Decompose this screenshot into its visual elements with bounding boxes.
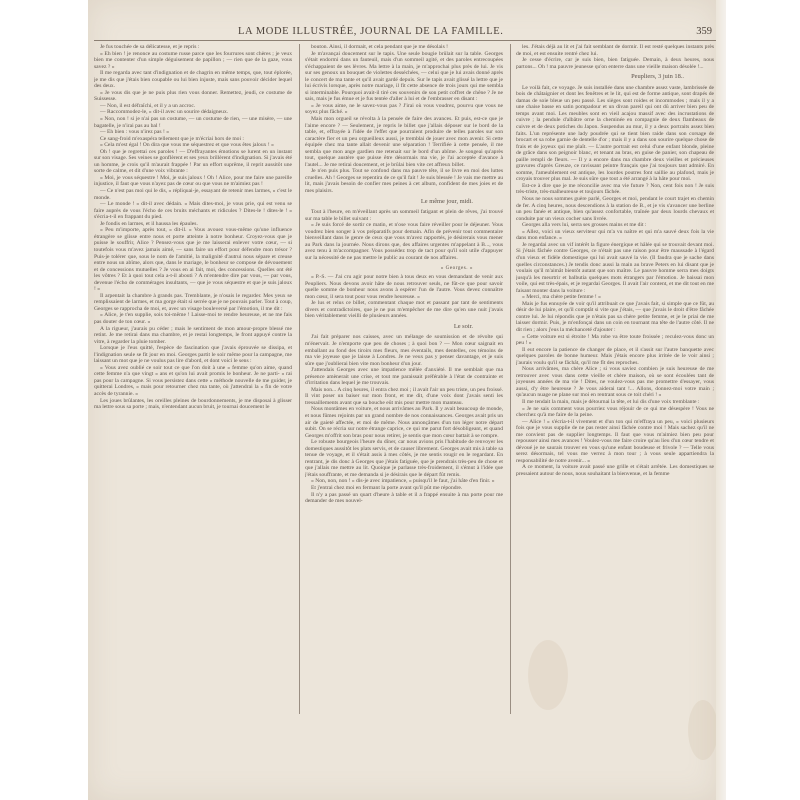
paragraph: Nous montâmes en voiture, et nous arrivâ… [305, 406, 503, 439]
paragraph: « Moi, je vous séquestre ! Moi, je suis … [94, 175, 292, 188]
paragraph: J'attendais Georges avec une impatience … [305, 367, 503, 387]
paragraph: Il me tendait la main, mais je détournai… [516, 399, 714, 406]
paragraph: Mais non... A cinq heures, il entra chez… [305, 387, 503, 407]
paragraph: Les joues brûlantes, les oreilles pleine… [94, 398, 292, 411]
paragraph: J'ai fait préparer nos caisses, avec un … [305, 334, 503, 367]
header-rule [94, 40, 716, 41]
page-number: 359 [696, 26, 712, 37]
paragraph: Il arpentait la chambre à grands pas. Tr… [94, 293, 292, 313]
paragraph: Je lus et relus ce billet, commentant ch… [305, 300, 503, 320]
column-divider [299, 44, 300, 714]
paragraph: Le robuste bourgeois l'heure du dîner, c… [305, 439, 503, 478]
paragraph: « Peu m'importe, après tout, » dit-il. «… [94, 227, 292, 292]
page-bottom-margin [88, 730, 718, 800]
column-3: les. J'étais déjà au lit et j'ai fait se… [516, 44, 714, 724]
paragraph: les. J'étais déjà au lit et j'ai fait se… [516, 44, 714, 57]
column-divider [510, 44, 511, 714]
paragraph: Il eut encore la patience de changer de … [516, 347, 714, 367]
paragraph: « Eh bien ! je renonce au costume russe … [94, 51, 292, 71]
running-title: LA MODE ILLUSTRÉE, JOURNAL DE LA FAMILLE… [238, 26, 504, 37]
paragraph: « Allez, voici un vieux serviteur qui m'… [516, 229, 714, 242]
paragraph: « P.-S. — J'ai cru agir pour notre bien … [305, 274, 503, 300]
paragraph: Je regardai avec un vif intérêt la figur… [516, 242, 714, 294]
column-2: bouton. Ainsi, il dormait, et cela penda… [305, 44, 503, 724]
paragraph: Je cesse d'écrire, car je suis bien, bie… [516, 57, 714, 70]
paragraph: Il me regarda avec tant d'indignation et… [94, 70, 292, 90]
dateline: Le soir. [305, 324, 503, 331]
column-1: Je fus touchée de sa délicatesse, et je … [94, 44, 292, 724]
paragraph: « Alice, je t'en supplie, sois toi-même … [94, 312, 292, 325]
dateline: Le même jour, midi. [305, 199, 503, 206]
paragraph: « Je ne sais comment vous pourriez vous … [516, 406, 714, 419]
paragraph: — Ce n'est pas moi qui le dis, » répliqu… [94, 188, 292, 201]
paragraph: Nous ne nous sommes guère parlé, Georges… [516, 196, 714, 222]
paragraph: « Je vous aime, ne le savez-vous pas ? J… [305, 103, 503, 116]
paragraph: Oh ! que je regrettai ces paroles ! — D'… [94, 149, 292, 175]
paragraph: « Non, non ! si je n'ai pas un costume, … [94, 116, 292, 129]
paragraph: — Le monde ! » dit-il avec dédain. « Mai… [94, 201, 292, 221]
paragraph: — Alice ! » s'écria-t-il vivement et d'u… [516, 419, 714, 465]
paragraph: Je m'avançai doucement sur le tapis. Une… [305, 51, 503, 103]
newspaper-page: LA MODE ILLUSTRÉE, JOURNAL DE LA FAMILLE… [88, 0, 718, 800]
paragraph: « Je vous dis que je ne puis plus rien v… [94, 90, 292, 103]
paragraph: Le voilà fait, ce voyage. Je suis instal… [516, 85, 714, 183]
paragraph: Lorsque je l'eus quitté, l'espèce de fas… [94, 345, 292, 365]
paragraph: Mais mon orgueil se révolta à la pensée … [305, 116, 503, 168]
paragraph: A ce moment, la voiture avait passé une … [516, 464, 714, 477]
paragraph: Est-ce à dire que je me réconcilie avec … [516, 183, 714, 196]
paragraph: Je n'en puis plus. Tout se confond dans … [305, 168, 503, 194]
paragraph: « Cela m'est égal ! On dira que vous me … [94, 142, 292, 149]
text-columns: Je fus touchée de sa délicatesse, et je … [94, 44, 714, 724]
signature: « Georges. » [305, 265, 503, 272]
paragraph: A la rigueur, j'aurais pu céder ; mais l… [94, 326, 292, 346]
paragraph: Tout à l'heure, en m'éveillant après un … [305, 209, 503, 222]
paragraph: « Je suis forcé de sortir ce matin, et n… [305, 222, 503, 261]
paragraph: « Cette voiture est si étroite ! Ma robe… [516, 334, 714, 347]
paragraph: Mais je fus ennuyée de voir qu'il attrib… [516, 301, 714, 334]
paragraph: « Vous avez oublié ce soir tout ce que l… [94, 365, 292, 398]
paragraph: Il n'y a pas passé un quart d'heure à ta… [305, 492, 503, 505]
dateline: Peupliers, 3 juin 18.. [516, 74, 714, 81]
paragraph: Nous arrivâmes, ma chère Alice ; si vous… [516, 366, 714, 399]
